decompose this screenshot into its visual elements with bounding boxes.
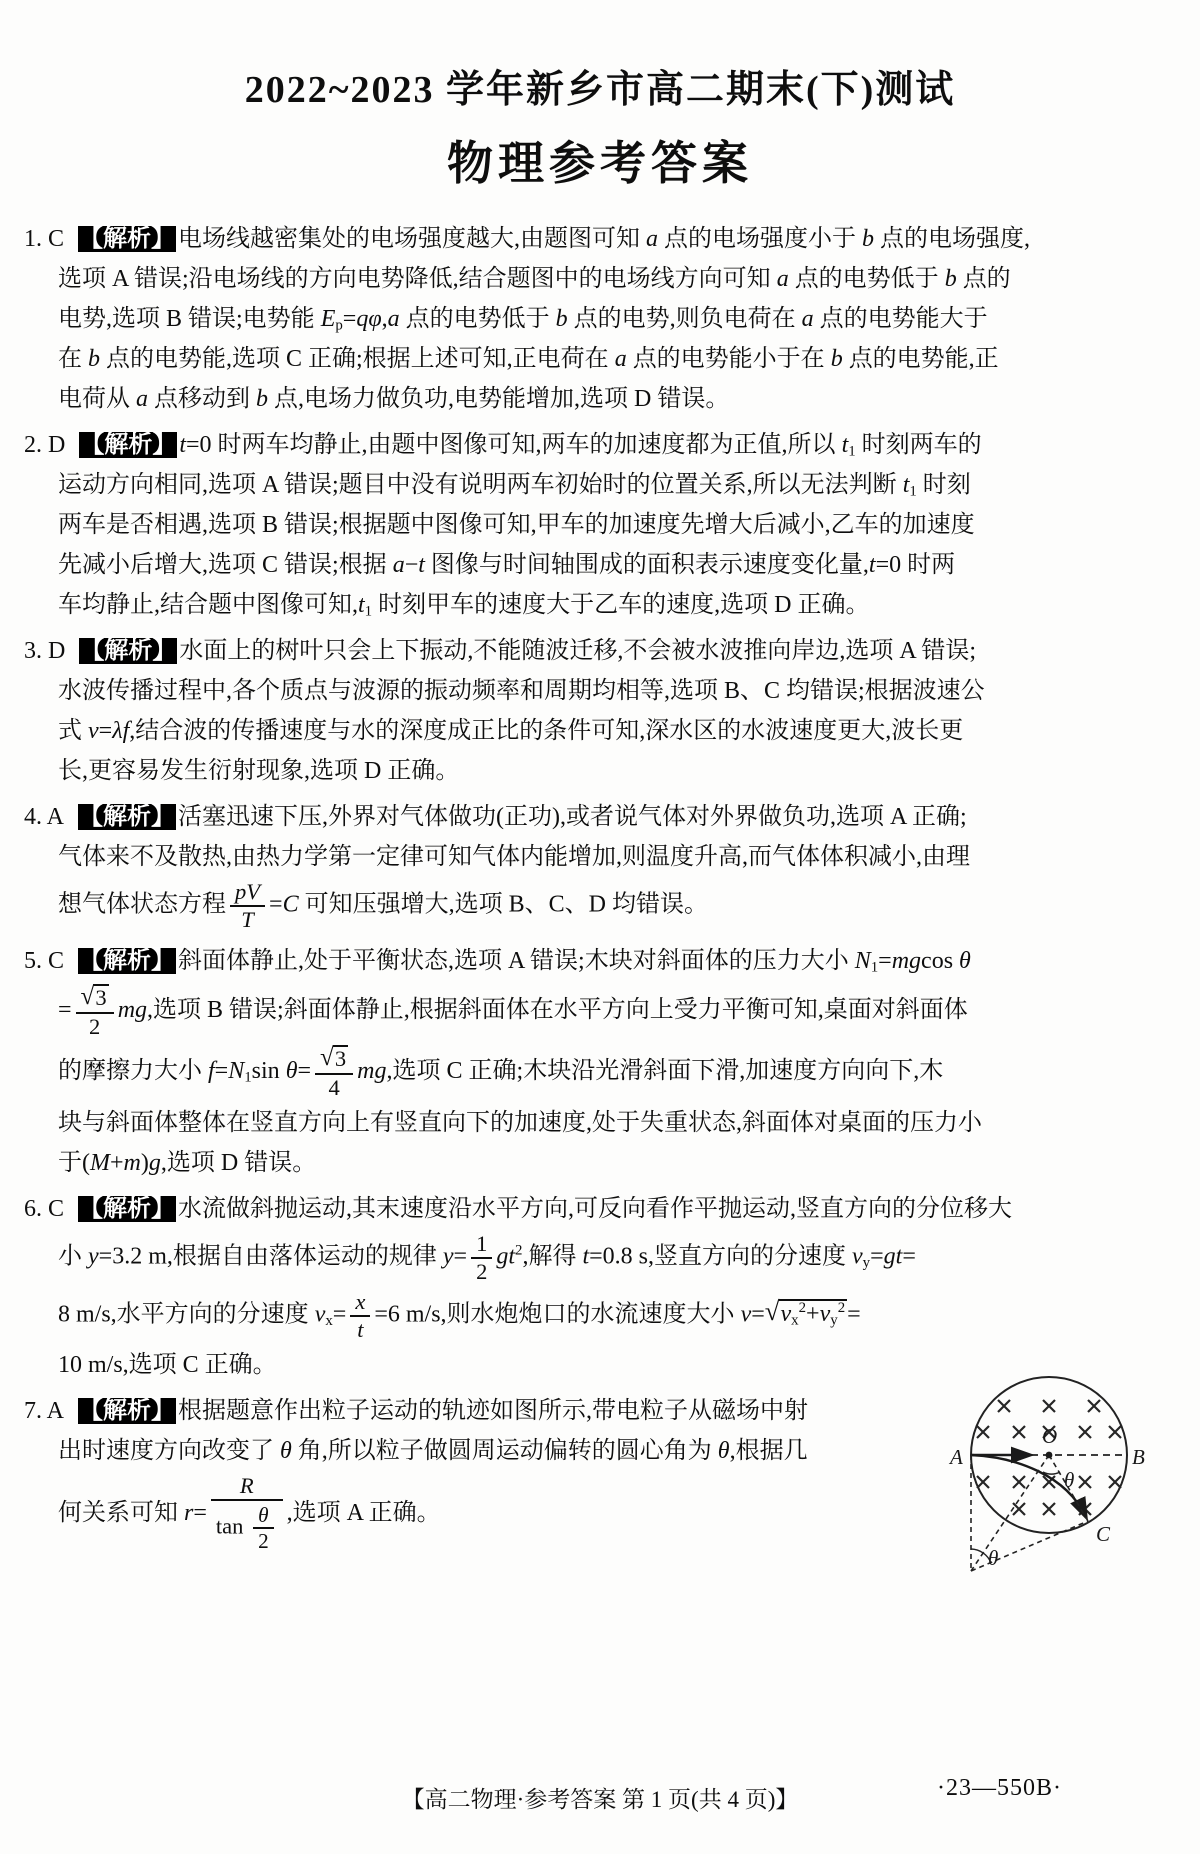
analysis-tag: 【解析】 bbox=[79, 638, 177, 664]
text-line: 车均静止,结合题中图像可知,t1 时刻甲车的速度大于乙车的速度,选项 D 正确。 bbox=[24, 585, 1180, 625]
text-line: 长,更容易发生衍射现象,选项 D 正确。 bbox=[24, 751, 1180, 791]
text-line: 式 v=λf,结合波的传播速度与水的深度成正比的条件可知,深水区的水波速度更大,… bbox=[24, 711, 1180, 751]
text-line: 运动方向相同,选项 A 错误;题目中没有说明两车初始时的位置关系,所以无法判断 … bbox=[24, 465, 1180, 505]
center-dot bbox=[1046, 1451, 1053, 1458]
analysis-tag: 【解析】 bbox=[78, 226, 176, 252]
text-line: 在 b 点的电势能,选项 C 正确;根据上述可知,正电荷在 a 点的电势能小于在… bbox=[24, 339, 1180, 379]
label-c: C bbox=[1096, 1522, 1111, 1546]
text-line: 小 y=3.2 m,根据自由落体运动的规律 y=12gt2,解得 t=0.8 s… bbox=[24, 1229, 1180, 1287]
label-theta-apex: θ bbox=[988, 1546, 998, 1570]
text-line: 块与斜面体整体在竖直方向上有竖直向下的加速度,处于失重状态,斜面体对桌面的压力小 bbox=[24, 1103, 1180, 1143]
theta-arc-center bbox=[1043, 1472, 1060, 1474]
answer-item-3: 3. D【解析】水面上的树叶只会上下振动,不能随波迁移,不会被水波推向岸边,选项… bbox=[24, 631, 1180, 791]
answer-text: 1. C【解析】电场线越密集处的电场强度越大,由题图可知 a 点的电场强度小于 … bbox=[24, 219, 1180, 419]
analysis-tag: 【解析】 bbox=[79, 432, 177, 458]
answer-item-5: 5. C【解析】斜面体静止,处于平衡状态,选项 A 错误;木块对斜面体的压力大小… bbox=[24, 941, 1180, 1183]
analysis-tag: 【解析】 bbox=[78, 1398, 176, 1424]
text-line: 想气体状态方程pVT=C 可知压强增大,选项 B、C、D 均错误。 bbox=[24, 877, 1180, 935]
text-line: 水波传播过程中,各个质点与波源的振动频率和周期均相等,选项 B、C 均错误;根据… bbox=[24, 671, 1180, 711]
text-line: 1. C【解析】电场线越密集处的电场强度越大,由题图可知 a 点的电场强度小于 … bbox=[24, 219, 1180, 259]
text-line: 气体来不及散热,由热力学第一定律可知气体内能增加,则温度升高,而气体体积减小,由… bbox=[24, 837, 1180, 877]
answer-item-6: 6. C【解析】水流做斜抛运动,其末速度沿水平方向,可反向看作平抛运动,竖直方向… bbox=[24, 1189, 1180, 1385]
question-number-answer: 3. D bbox=[24, 638, 65, 664]
text-line: 5. C【解析】斜面体静止,处于平衡状态,选项 A 错误;木块对斜面体的压力大小… bbox=[24, 941, 1180, 981]
label-theta-center: θ bbox=[1064, 1468, 1074, 1492]
analysis-tag: 【解析】 bbox=[78, 948, 176, 974]
question-number-answer: 2. D bbox=[24, 432, 65, 458]
answer-text: 4. A【解析】活塞迅速下压,外界对气体做功(正功),或者说气体对外界做负功,选… bbox=[24, 797, 1180, 935]
answer-text: 3. D【解析】水面上的树叶只会上下振动,不能随波迁移,不会被水波推向岸边,选项… bbox=[24, 631, 1180, 791]
answer-text: 6. C【解析】水流做斜抛运动,其末速度沿水平方向,可反向看作平抛运动,竖直方向… bbox=[24, 1189, 1180, 1385]
text-line: 3. D【解析】水面上的树叶只会上下振动,不能随波迁移,不会被水波推向岸边,选项… bbox=[24, 631, 1180, 671]
text-line: 于(M+m)g,选项 D 错误。 bbox=[24, 1143, 1180, 1183]
page-footer: 【高二物理·参考答案 第 1 页(共 4 页)】 ·23—550B· bbox=[0, 1781, 1200, 1814]
text-line: 选项 A 错误;沿电场线的方向电势降低,结合题图中的电场线方向可知 a 点的电势… bbox=[24, 259, 1180, 299]
analysis-tag: 【解析】 bbox=[78, 804, 176, 830]
label-a: A bbox=[948, 1445, 963, 1469]
answer-text: 5. C【解析】斜面体静止,处于平衡状态,选项 A 错误;木块对斜面体的压力大小… bbox=[24, 941, 1180, 1183]
text-line: 的摩擦力大小 f=N1sin θ=√34mg,选项 C 正确;木块沿光滑斜面下滑… bbox=[24, 1042, 1180, 1103]
text-line: 4. A【解析】活塞迅速下压,外界对气体做功(正功),或者说气体对外界做负功,选… bbox=[24, 797, 1180, 837]
answers-list: 1. C【解析】电场线越密集处的电场强度越大,由题图可知 a 点的电场强度小于 … bbox=[0, 193, 1200, 1609]
answer-key-page: 2022~2023 学年新乡市高二期末(下)测试 物理参考答案 1. C【解析】… bbox=[0, 0, 1200, 1854]
question-number-answer: 5. C bbox=[24, 948, 64, 974]
answer-item-2: 2. D【解析】t=0 时两车均静止,由题中图像可知,两车的加速度都为正值,所以… bbox=[24, 425, 1180, 625]
question-number-answer: 1. C bbox=[24, 226, 64, 252]
text-line: 6. C【解析】水流做斜抛运动,其末速度沿水平方向,可反向看作平抛运动,竖直方向… bbox=[24, 1189, 1180, 1229]
text-line: 两车是否相遇,选项 B 错误;根据题中图像可知,甲车的加速度先增大后减小,乙车的… bbox=[24, 505, 1180, 545]
analysis-tag: 【解析】 bbox=[78, 1196, 176, 1222]
answer-item-7: A B O C θ θ 7. A【解析】根据题意作出粒子运动的轨迹如图所示,带电… bbox=[24, 1391, 1180, 1609]
question-number-answer: 7. A bbox=[24, 1398, 64, 1424]
particle-trajectory-figure: A B O C θ θ bbox=[938, 1375, 1178, 1597]
text-line: 8 m/s,水平方向的分速度 vx=xt=6 m/s,则水炮炮口的水流速度大小 … bbox=[24, 1287, 1180, 1345]
text-line: 2. D【解析】t=0 时两车均静止,由题中图像可知,两车的加速度都为正值,所以… bbox=[24, 425, 1180, 465]
page-header: 2022~2023 学年新乡市高二期末(下)测试 物理参考答案 bbox=[0, 0, 1200, 193]
text-line: 先减小后增大,选项 C 错误;根据 a−t 图像与时间轴围成的面积表示速度变化量… bbox=[24, 545, 1180, 585]
footer-page-label: 【高二物理·参考答案 第 1 页(共 4 页)】 bbox=[402, 1787, 799, 1812]
question-number-answer: 4. A bbox=[24, 804, 64, 830]
question-number-answer: 6. C bbox=[24, 1196, 64, 1222]
text-line: 电荷从 a 点移动到 b 点,电场力做负功,电势能增加,选项 D 错误。 bbox=[24, 379, 1180, 419]
answer-item-4: 4. A【解析】活塞迅速下压,外界对气体做功(正功),或者说气体对外界做负功,选… bbox=[24, 797, 1180, 935]
text-line: =√32mg,选项 B 错误;斜面体静止,根据斜面体在水平方向上受力平衡可知,桌… bbox=[24, 981, 1180, 1042]
label-o: O bbox=[1042, 1424, 1057, 1448]
paper-code: ·23—550B· bbox=[937, 1775, 1062, 1802]
answer-item-1: 1. C【解析】电场线越密集处的电场强度越大,由题图可知 a 点的电场强度小于 … bbox=[24, 219, 1180, 419]
exam-title: 2022~2023 学年新乡市高二期末(下)测试 bbox=[0, 58, 1200, 113]
label-b: B bbox=[1132, 1445, 1145, 1469]
text-line: 电势,选项 B 错误;电势能 Ep=qφ,a 点的电势低于 b 点的电势,则负电… bbox=[24, 299, 1180, 339]
page-title: 物理参考答案 bbox=[0, 127, 1200, 193]
answer-text: 2. D【解析】t=0 时两车均静止,由题中图像可知,两车的加速度都为正值,所以… bbox=[24, 425, 1180, 625]
